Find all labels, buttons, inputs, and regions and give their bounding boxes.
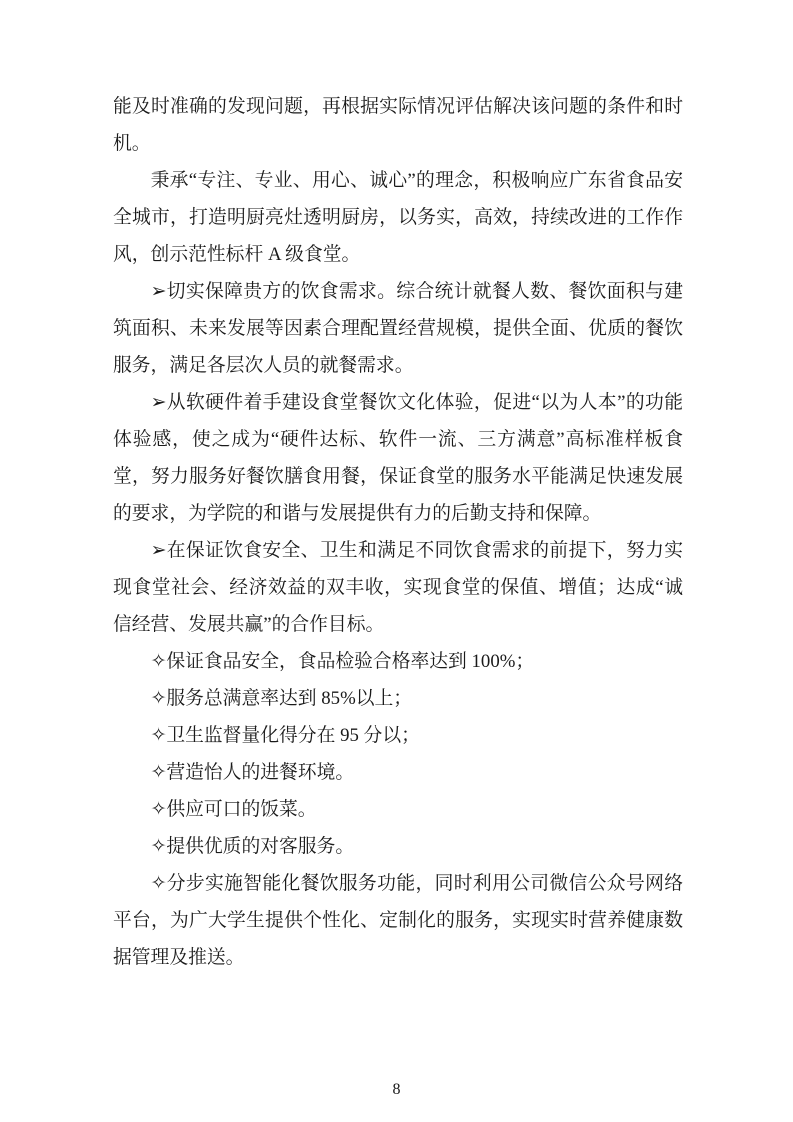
- page-footer: 8: [0, 1080, 793, 1100]
- paragraph: ✧服务总满意率达到 85%以上；: [113, 680, 683, 717]
- paragraph-text: 服务总满意率达到 85%以上；: [166, 688, 412, 709]
- paragraph: ✧卫生监督量化得分在 95 分以；: [113, 717, 683, 754]
- paragraph-text: 能及时准确的发现问题，再根据实际情况评估解决该问题的条件和时机。: [113, 96, 683, 154]
- document-page: 能及时准确的发现问题，再根据实际情况评估解决该问题的条件和时机。秉承“专注、专业…: [0, 0, 793, 1122]
- paragraph-text: 提供优质的对客服务。: [166, 836, 354, 857]
- paragraph: ✧提供优质的对客服务。: [113, 828, 683, 865]
- four-pointed-star-bullet-icon: ✧: [151, 799, 167, 820]
- page-number: 8: [393, 1081, 401, 1098]
- paragraph-text: 供应可口的饭菜。: [166, 799, 316, 820]
- arrowhead-bullet-icon: ➢: [151, 281, 167, 302]
- paragraph: 能及时准确的发现问题，再根据实际情况评估解决该问题的条件和时机。: [113, 88, 683, 162]
- paragraph-text: 从软硬件着手建设食堂餐饮文化体验，促进“以为人本”的功能体验感，使之成为“硬件达…: [113, 392, 683, 524]
- paragraph: 秉承“专注、专业、用心、诚心”的理念，积极响应广东省食品安全城市，打造明厨亮灶透…: [113, 162, 683, 273]
- paragraph-text: 秉承“专注、专业、用心、诚心”的理念，积极响应广东省食品安全城市，打造明厨亮灶透…: [113, 170, 683, 265]
- paragraph: ✧供应可口的饭菜。: [113, 791, 683, 828]
- paragraph: ➢从软硬件着手建设食堂餐饮文化体验，促进“以为人本”的功能体验感，使之成为“硬件…: [113, 384, 683, 532]
- four-pointed-star-bullet-icon: ✧: [151, 762, 167, 783]
- arrowhead-bullet-icon: ➢: [151, 540, 167, 561]
- paragraph: ➢在保证饮食安全、卫生和满足不同饮食需求的前提下，努力实现食堂社会、经济效益的双…: [113, 532, 683, 643]
- four-pointed-star-bullet-icon: ✧: [151, 725, 167, 746]
- paragraph: ✧营造怡人的进餐环境。: [113, 754, 683, 791]
- paragraph-text: 分步实施智能化餐饮服务功能，同时利用公司微信公众号网络平台，为广大学生提供个性化…: [113, 873, 683, 968]
- arrowhead-bullet-icon: ➢: [151, 392, 167, 413]
- page-body: 能及时准确的发现问题，再根据实际情况评估解决该问题的条件和时机。秉承“专注、专业…: [113, 88, 683, 976]
- paragraph-text: 营造怡人的进餐环境。: [166, 762, 354, 783]
- paragraph-text: 切实保障贵方的饮食需求。综合统计就餐人数、餐饮面积与建筑面积、未来发展等因素合理…: [113, 281, 683, 376]
- four-pointed-star-bullet-icon: ✧: [151, 836, 167, 857]
- paragraph: ✧分步实施智能化餐饮服务功能，同时利用公司微信公众号网络平台，为广大学生提供个性…: [113, 865, 683, 976]
- paragraph: ✧保证食品安全，食品检验合格率达到 100%；: [113, 643, 683, 680]
- four-pointed-star-bullet-icon: ✧: [151, 688, 167, 709]
- four-pointed-star-bullet-icon: ✧: [151, 651, 167, 672]
- paragraph-text: 保证食品安全，食品检验合格率达到 100%；: [166, 651, 534, 672]
- paragraph-text: 在保证饮食安全、卫生和满足不同饮食需求的前提下，努力实现食堂社会、经济效益的双丰…: [113, 540, 683, 635]
- paragraph: ➢切实保障贵方的饮食需求。综合统计就餐人数、餐饮面积与建筑面积、未来发展等因素合…: [113, 273, 683, 384]
- four-pointed-star-bullet-icon: ✧: [151, 873, 167, 894]
- paragraph-text: 卫生监督量化得分在 95 分以；: [166, 725, 420, 746]
